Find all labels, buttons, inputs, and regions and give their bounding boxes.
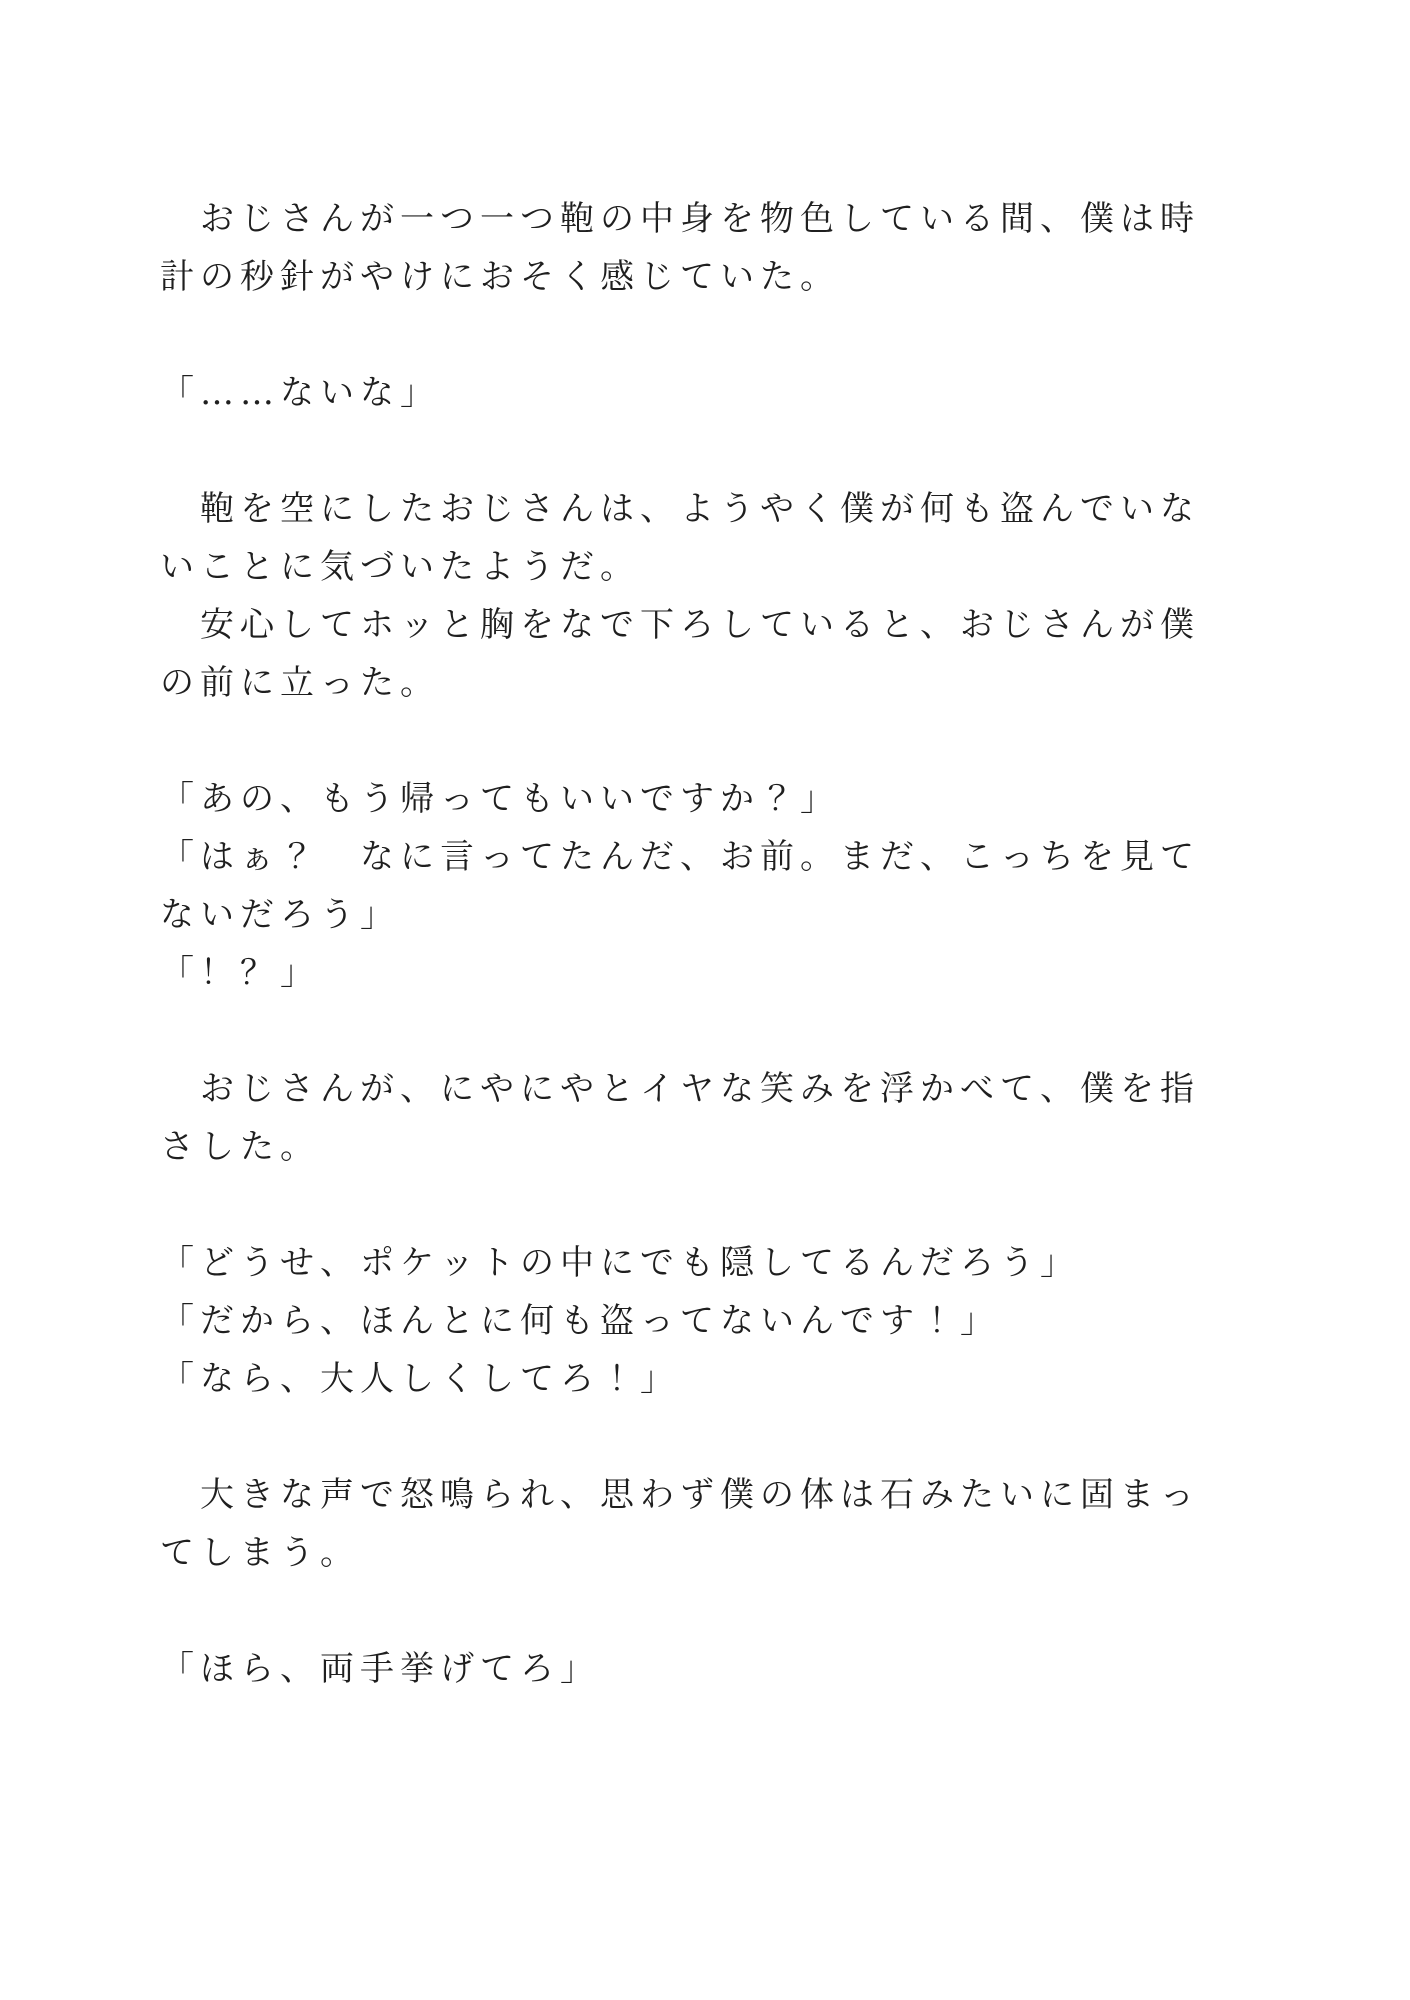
paragraph: 「ほら、両手挙げてろ」 xyxy=(160,1640,1330,1698)
paragraph: 鞄を空にしたおじさんは、ようやく僕が何も盗んでいな いことに気づいたようだ。 安… xyxy=(160,480,1330,712)
text-line: 「ほら、両手挙げてろ」 xyxy=(160,1640,1330,1698)
text-line: 「！？」 xyxy=(160,944,1330,1002)
text-line: ないだろう」 xyxy=(160,886,1330,944)
text-line: 「だから、ほんとに何も盗ってないんです！」 xyxy=(160,1292,1330,1350)
text-line: 「なら、大人しくしてろ！」 xyxy=(160,1350,1330,1408)
paragraph: おじさんが一つ一つ鞄の中身を物色している間、僕は時 計の秒針がやけにおそく感じて… xyxy=(160,190,1330,306)
paragraph: 「あの、もう帰ってもいいですか？」 「はぁ？ なに言ってたんだ、お前。まだ、こっ… xyxy=(160,770,1330,1002)
text-line: 「どうせ、ポケットの中にでも隠してるんだろう」 xyxy=(160,1234,1330,1292)
text-line: いことに気づいたようだ。 xyxy=(160,538,1330,596)
text-line: おじさんが一つ一つ鞄の中身を物色している間、僕は時 xyxy=(160,190,1330,248)
text-line: 「あの、もう帰ってもいいですか？」 xyxy=(160,770,1330,828)
paragraph: 「どうせ、ポケットの中にでも隠してるんだろう」 「だから、ほんとに何も盗ってない… xyxy=(160,1234,1330,1408)
book-page: おじさんが一つ一つ鞄の中身を物色している間、僕は時 計の秒針がやけにおそく感じて… xyxy=(0,0,1410,2000)
text-line: 「はぁ？ なに言ってたんだ、お前。まだ、こっちを見て xyxy=(160,828,1330,886)
paragraph: おじさんが、にやにやとイヤな笑みを浮かべて、僕を指 さした。 xyxy=(160,1060,1330,1176)
text-line: 鞄を空にしたおじさんは、ようやく僕が何も盗んでいな xyxy=(160,480,1330,538)
text-line: の前に立った。 xyxy=(160,654,1330,712)
text-line: さした。 xyxy=(160,1118,1330,1176)
paragraph: 大きな声で怒鳴られ、思わず僕の体は石みたいに固まっ てしまう。 xyxy=(160,1466,1330,1582)
text-line: 計の秒針がやけにおそく感じていた。 xyxy=(160,248,1330,306)
text-line: おじさんが、にやにやとイヤな笑みを浮かべて、僕を指 xyxy=(160,1060,1330,1118)
text-line: 大きな声で怒鳴られ、思わず僕の体は石みたいに固まっ xyxy=(160,1466,1330,1524)
text-line: てしまう。 xyxy=(160,1524,1330,1582)
text-line: 安心してホッと胸をなで下ろしていると、おじさんが僕 xyxy=(160,596,1330,654)
text-line: 「……ないな」 xyxy=(160,364,1330,422)
paragraph: 「……ないな」 xyxy=(160,364,1330,422)
